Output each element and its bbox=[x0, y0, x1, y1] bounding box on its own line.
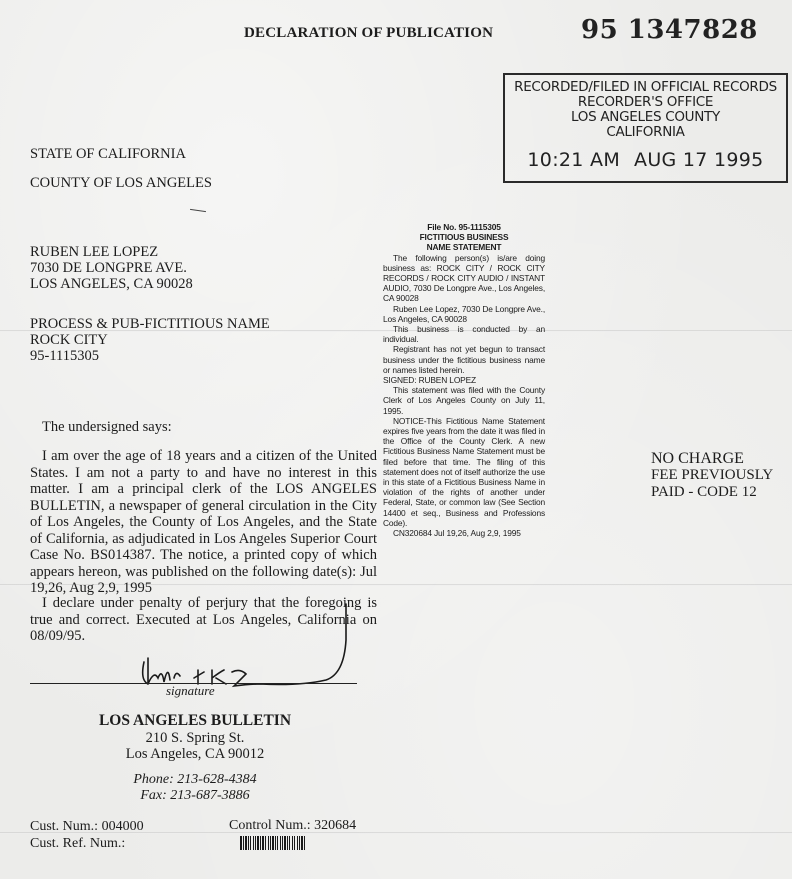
addressee-name: RUBEN LEE LOPEZ bbox=[30, 244, 193, 260]
notice-paragraph: This business is conducted by an individ… bbox=[383, 324, 545, 344]
barcode bbox=[240, 836, 358, 850]
matter-business: ROCK CITY bbox=[30, 332, 270, 348]
publisher-address: 210 S. Spring St. Los Angeles, CA 90012 bbox=[60, 730, 330, 762]
addressee-block: RUBEN LEE LOPEZ 7030 DE LONGPRE AVE. LOS… bbox=[30, 244, 193, 292]
notice-paragraph: Registrant has not yet begun to transact… bbox=[383, 344, 545, 375]
control-num: Control Num.: 320684 bbox=[229, 818, 356, 834]
stamp-time: 10:21 AM bbox=[527, 149, 620, 171]
published-notice: File No. 95-1115305 FICTITIOUS BUSINESS … bbox=[383, 222, 545, 538]
ink-mark bbox=[190, 209, 206, 212]
state-label: STATE OF CALIFORNIA bbox=[30, 146, 186, 162]
publisher-contact: Phone: 213-628-4384 Fax: 213-687-3886 bbox=[60, 772, 330, 804]
publisher-fax: Fax: 213-687-3886 bbox=[60, 788, 330, 804]
fee-note-line: PAID - CODE 12 bbox=[651, 484, 773, 501]
matter-type: PROCESS & PUB-FICTITIOUS NAME bbox=[30, 316, 270, 332]
county-label: COUNTY OF LOS ANGELES bbox=[30, 175, 212, 191]
notice-heading: File No. 95-1115305 bbox=[383, 222, 545, 232]
publisher-city: Los Angeles, CA 90012 bbox=[60, 746, 330, 762]
customer-numbers: Cust. Num.: 004000 Cust. Ref. Num.: bbox=[30, 818, 144, 852]
declaration-text: I am over the age of 18 years and a citi… bbox=[30, 448, 377, 596]
fee-note-line: FEE PREVIOUSLY bbox=[651, 467, 773, 484]
notice-heading: NAME STATEMENT bbox=[383, 242, 545, 252]
stamp-date: AUG 17 1995 bbox=[634, 149, 764, 171]
notice-paragraph: NOTICE-This Fictitious Name Statement ex… bbox=[383, 416, 545, 528]
publisher-name: LOS ANGELES BULLETIN bbox=[60, 712, 330, 730]
stamp-line: RECORDED/FILED IN OFFICIAL RECORDS bbox=[505, 80, 786, 95]
declaration-paragraph: I am over the age of 18 years and a citi… bbox=[30, 448, 377, 597]
recorder-stamp: RECORDED/FILED IN OFFICIAL RECORDS RECOR… bbox=[503, 73, 788, 183]
signature-mark bbox=[130, 600, 360, 690]
cust-num: Cust. Num.: 004000 bbox=[30, 818, 144, 835]
stamp-line: LOS ANGELES COUNTY bbox=[505, 110, 786, 125]
matter-block: PROCESS & PUB-FICTITIOUS NAME ROCK CITY … bbox=[30, 316, 270, 364]
document-number: 95 1347828 bbox=[581, 15, 758, 45]
notice-signed: SIGNED: RUBEN LOPEZ bbox=[383, 375, 545, 385]
fee-note: NO CHARGE FEE PREVIOUSLY PAID - CODE 12 bbox=[651, 450, 773, 501]
document-title: DECLARATION OF PUBLICATION bbox=[244, 25, 493, 42]
fee-note-line: NO CHARGE bbox=[651, 450, 773, 467]
stamp-line: RECORDER'S OFFICE bbox=[505, 95, 786, 110]
notice-paragraph: This statement was filed with the County… bbox=[383, 385, 545, 416]
stamp-line: CALIFORNIA bbox=[505, 125, 786, 140]
notice-heading: FICTITIOUS BUSINESS bbox=[383, 232, 545, 242]
publisher-street: 210 S. Spring St. bbox=[60, 730, 330, 746]
notice-paragraph: The following person(s) is/are doing bus… bbox=[383, 253, 545, 304]
stamp-datetime: 10:21 AMAUG 17 1995 bbox=[505, 149, 786, 171]
declaration-intro: The undersigned says: bbox=[42, 419, 172, 435]
matter-file-number: 95-1115305 bbox=[30, 348, 270, 364]
signature-label: signature bbox=[166, 683, 215, 699]
notice-publication-code: CN320684 Jul 19,26, Aug 2,9, 1995 bbox=[383, 528, 545, 538]
addressee-city: LOS ANGELES, CA 90028 bbox=[30, 276, 193, 292]
addressee-street: 7030 DE LONGPRE AVE. bbox=[30, 260, 193, 276]
publisher-phone: Phone: 213-628-4384 bbox=[60, 772, 330, 788]
document-page: DECLARATION OF PUBLICATION 95 1347828 RE… bbox=[0, 0, 792, 879]
notice-paragraph: Ruben Lee Lopez, 7030 De Longpre Ave., L… bbox=[383, 304, 545, 324]
cust-ref-num: Cust. Ref. Num.: bbox=[30, 835, 144, 852]
